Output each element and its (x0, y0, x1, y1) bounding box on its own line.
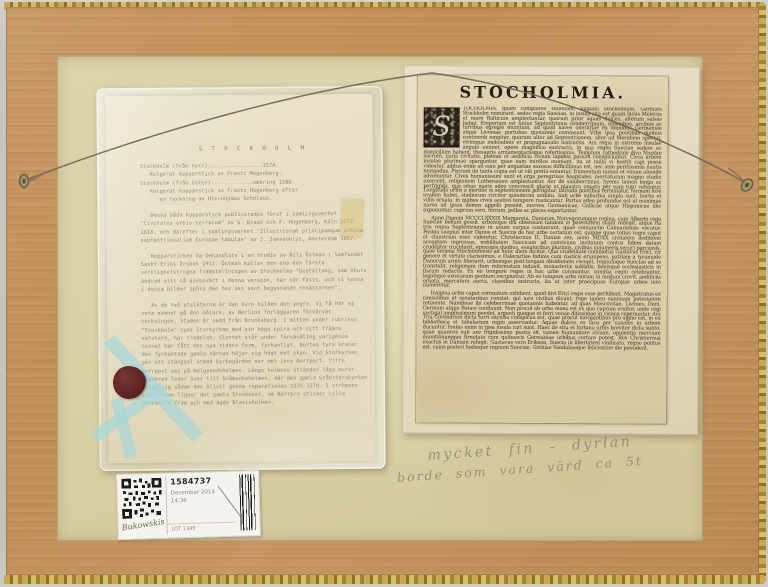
plastic-sleeve: S T O C K H O L M Stockholm (från norr).… (96, 86, 385, 471)
typed-document: S T O C K H O L M Stockholm (från norr).… (105, 94, 375, 463)
typed-paragraphs: Dessa båda kopparstick publicerades förs… (140, 210, 368, 408)
typed-title: S T O C K H O L M (140, 144, 366, 154)
typed-text-block: S T O C K H O L M Stockholm (från norr).… (140, 144, 368, 409)
print-document: STOCHOLMIA. S TOCHOLMIA, quam complures … (416, 75, 668, 423)
typed-header-lines: Stockholm (från norr).................15… (140, 161, 366, 204)
auction-sticker: Bukowskis 1584737 December 2014 14:36 LO… (116, 470, 261, 540)
barcode-icon (239, 474, 257, 530)
tape-fragment (340, 198, 364, 237)
print-mat: STOCHOLMIA. S TOCHOLMIA, quam complures … (402, 65, 700, 435)
photo-of-frame-back: S T O C K H O L M Stockholm (från norr).… (0, 0, 768, 587)
qr-code-icon (121, 478, 162, 519)
latin-text-block: S TOCHOLMIA, quam complures Holmiam, Rug… (422, 106, 662, 417)
sticker-divider (168, 522, 237, 525)
sticker-date: December 2014 (171, 489, 215, 496)
print-title: STOCHOLMIA. (418, 82, 668, 102)
sticker-time: 14:36 (171, 498, 187, 504)
sticker-script-signature: Bukowskis (121, 517, 166, 532)
frame-gilt-edge-right (758, 4, 766, 582)
woodcut-initial: S (424, 107, 460, 147)
sticker-id-number: 1584737 (170, 476, 211, 486)
frame-gilt-edge-bottom (4, 575, 764, 584)
sticker-divider (165, 477, 168, 535)
sticker-lot-number: LOT 1345 (172, 526, 196, 533)
